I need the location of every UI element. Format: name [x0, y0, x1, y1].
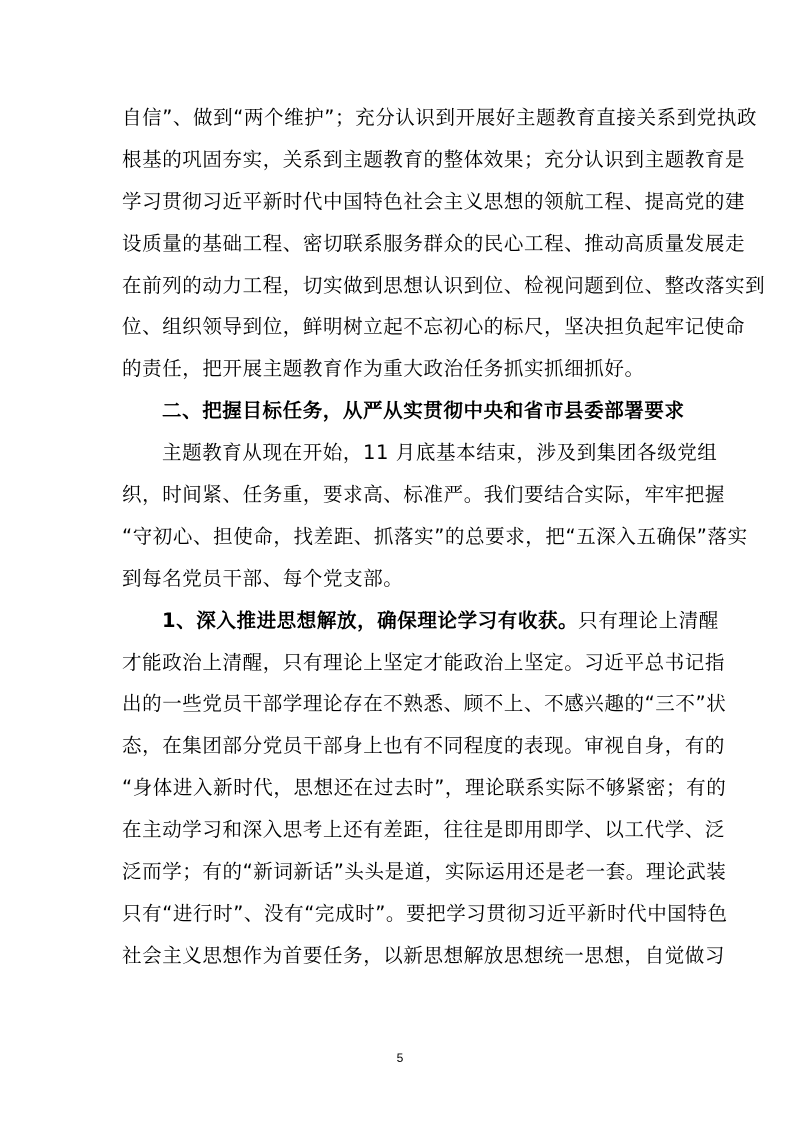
item-text: 只有理论上清醒: [578, 609, 719, 632]
text-line: 1、深入推进思想解放，确保理论学习有收获。只有理论上清醒: [122, 600, 684, 642]
text-line: 才能政治上清醒，只有理论上坚定才能政治上坚定。习近平总书记指: [122, 642, 684, 684]
page-body: 自信”、做到“两个维护”；充分认识到开展好主题教育直接关系到党执政 根基的巩固夯…: [122, 97, 684, 977]
text-line: “守初心、担使命，找差距、抓落实”的总要求，把“五深入五确保”落实: [122, 516, 684, 558]
text-line: 的责任，把开展主题教育作为重大政治任务抓实抓细抓好。: [122, 348, 684, 390]
paragraph-continued: 自信”、做到“两个维护”；充分认识到开展好主题教育直接关系到党执政 根基的巩固夯…: [122, 97, 684, 390]
text-line: 自信”、做到“两个维护”；充分认识到开展好主题教育直接关系到党执政: [122, 97, 684, 139]
text-line: 只有“进行时”、没有“完成时”。要把学习贯彻习近平新时代中国特色: [122, 893, 684, 935]
text-line: 社会主义思想作为首要任务，以新思想解放思想统一思想，自觉做习: [122, 935, 684, 977]
text-line: 位、组织领导到位，鲜明树立起不忘初心的标尺，坚决担负起牢记使命: [122, 306, 684, 348]
text-line: 泛而学；有的“新词新话”头头是道，实际运用还是老一套。理论武装: [122, 851, 684, 893]
text-line: 态，在集团部分党员干部身上也有不同程度的表现。审视自身，有的: [122, 725, 684, 767]
text-line: 出的一些党员干部学理论存在不熟悉、顾不上、不感兴趣的“三不”状: [122, 683, 684, 725]
text-line: 学习贯彻习近平新时代中国特色社会主义思想的领航工程、提高党的建: [122, 181, 684, 223]
text-line: 在主动学习和深入思考上还有差距，往往是即用即学、以工代学、泛: [122, 809, 684, 851]
item-heading: 1、深入推进思想解放，确保理论学习有收获。: [162, 609, 578, 632]
text-line: 织，时间紧、任务重，要求高、标准严。我们要结合实际，牢牢把握: [122, 474, 684, 516]
document-page: 自信”、做到“两个维护”；充分认识到开展好主题教育直接关系到党执政 根基的巩固夯…: [0, 0, 800, 1131]
section-heading: 二、把握目标任务，从严从实贯彻中央和省市县委部署要求: [122, 390, 684, 432]
text-line: 根基的巩固夯实，关系到主题教育的整体效果；充分认识到主题教育是: [122, 139, 684, 181]
text-line: 在前列的动力工程，切实做到思想认识到位、检视问题到位、整改落实到: [122, 265, 684, 307]
paragraph-schedule: 主题教育从现在开始，11 月底基本结束，涉及到集团各级党组 织，时间紧、任务重，…: [122, 432, 684, 600]
page-number: 5: [0, 1051, 800, 1065]
text-line: 设质量的基础工程、密切联系服务群众的民心工程、推动高质量发展走: [122, 223, 684, 265]
text-line: “身体进入新时代，思想还在过去时”，理论联系实际不够紧密；有的: [122, 767, 684, 809]
paragraph-item-1: 1、深入推进思想解放，确保理论学习有收获。只有理论上清醒 才能政治上清醒，只有理…: [122, 600, 684, 977]
text-line: 到每名党员干部、每个党支部。: [122, 558, 684, 600]
text-line: 主题教育从现在开始，11 月底基本结束，涉及到集团各级党组: [122, 432, 684, 474]
